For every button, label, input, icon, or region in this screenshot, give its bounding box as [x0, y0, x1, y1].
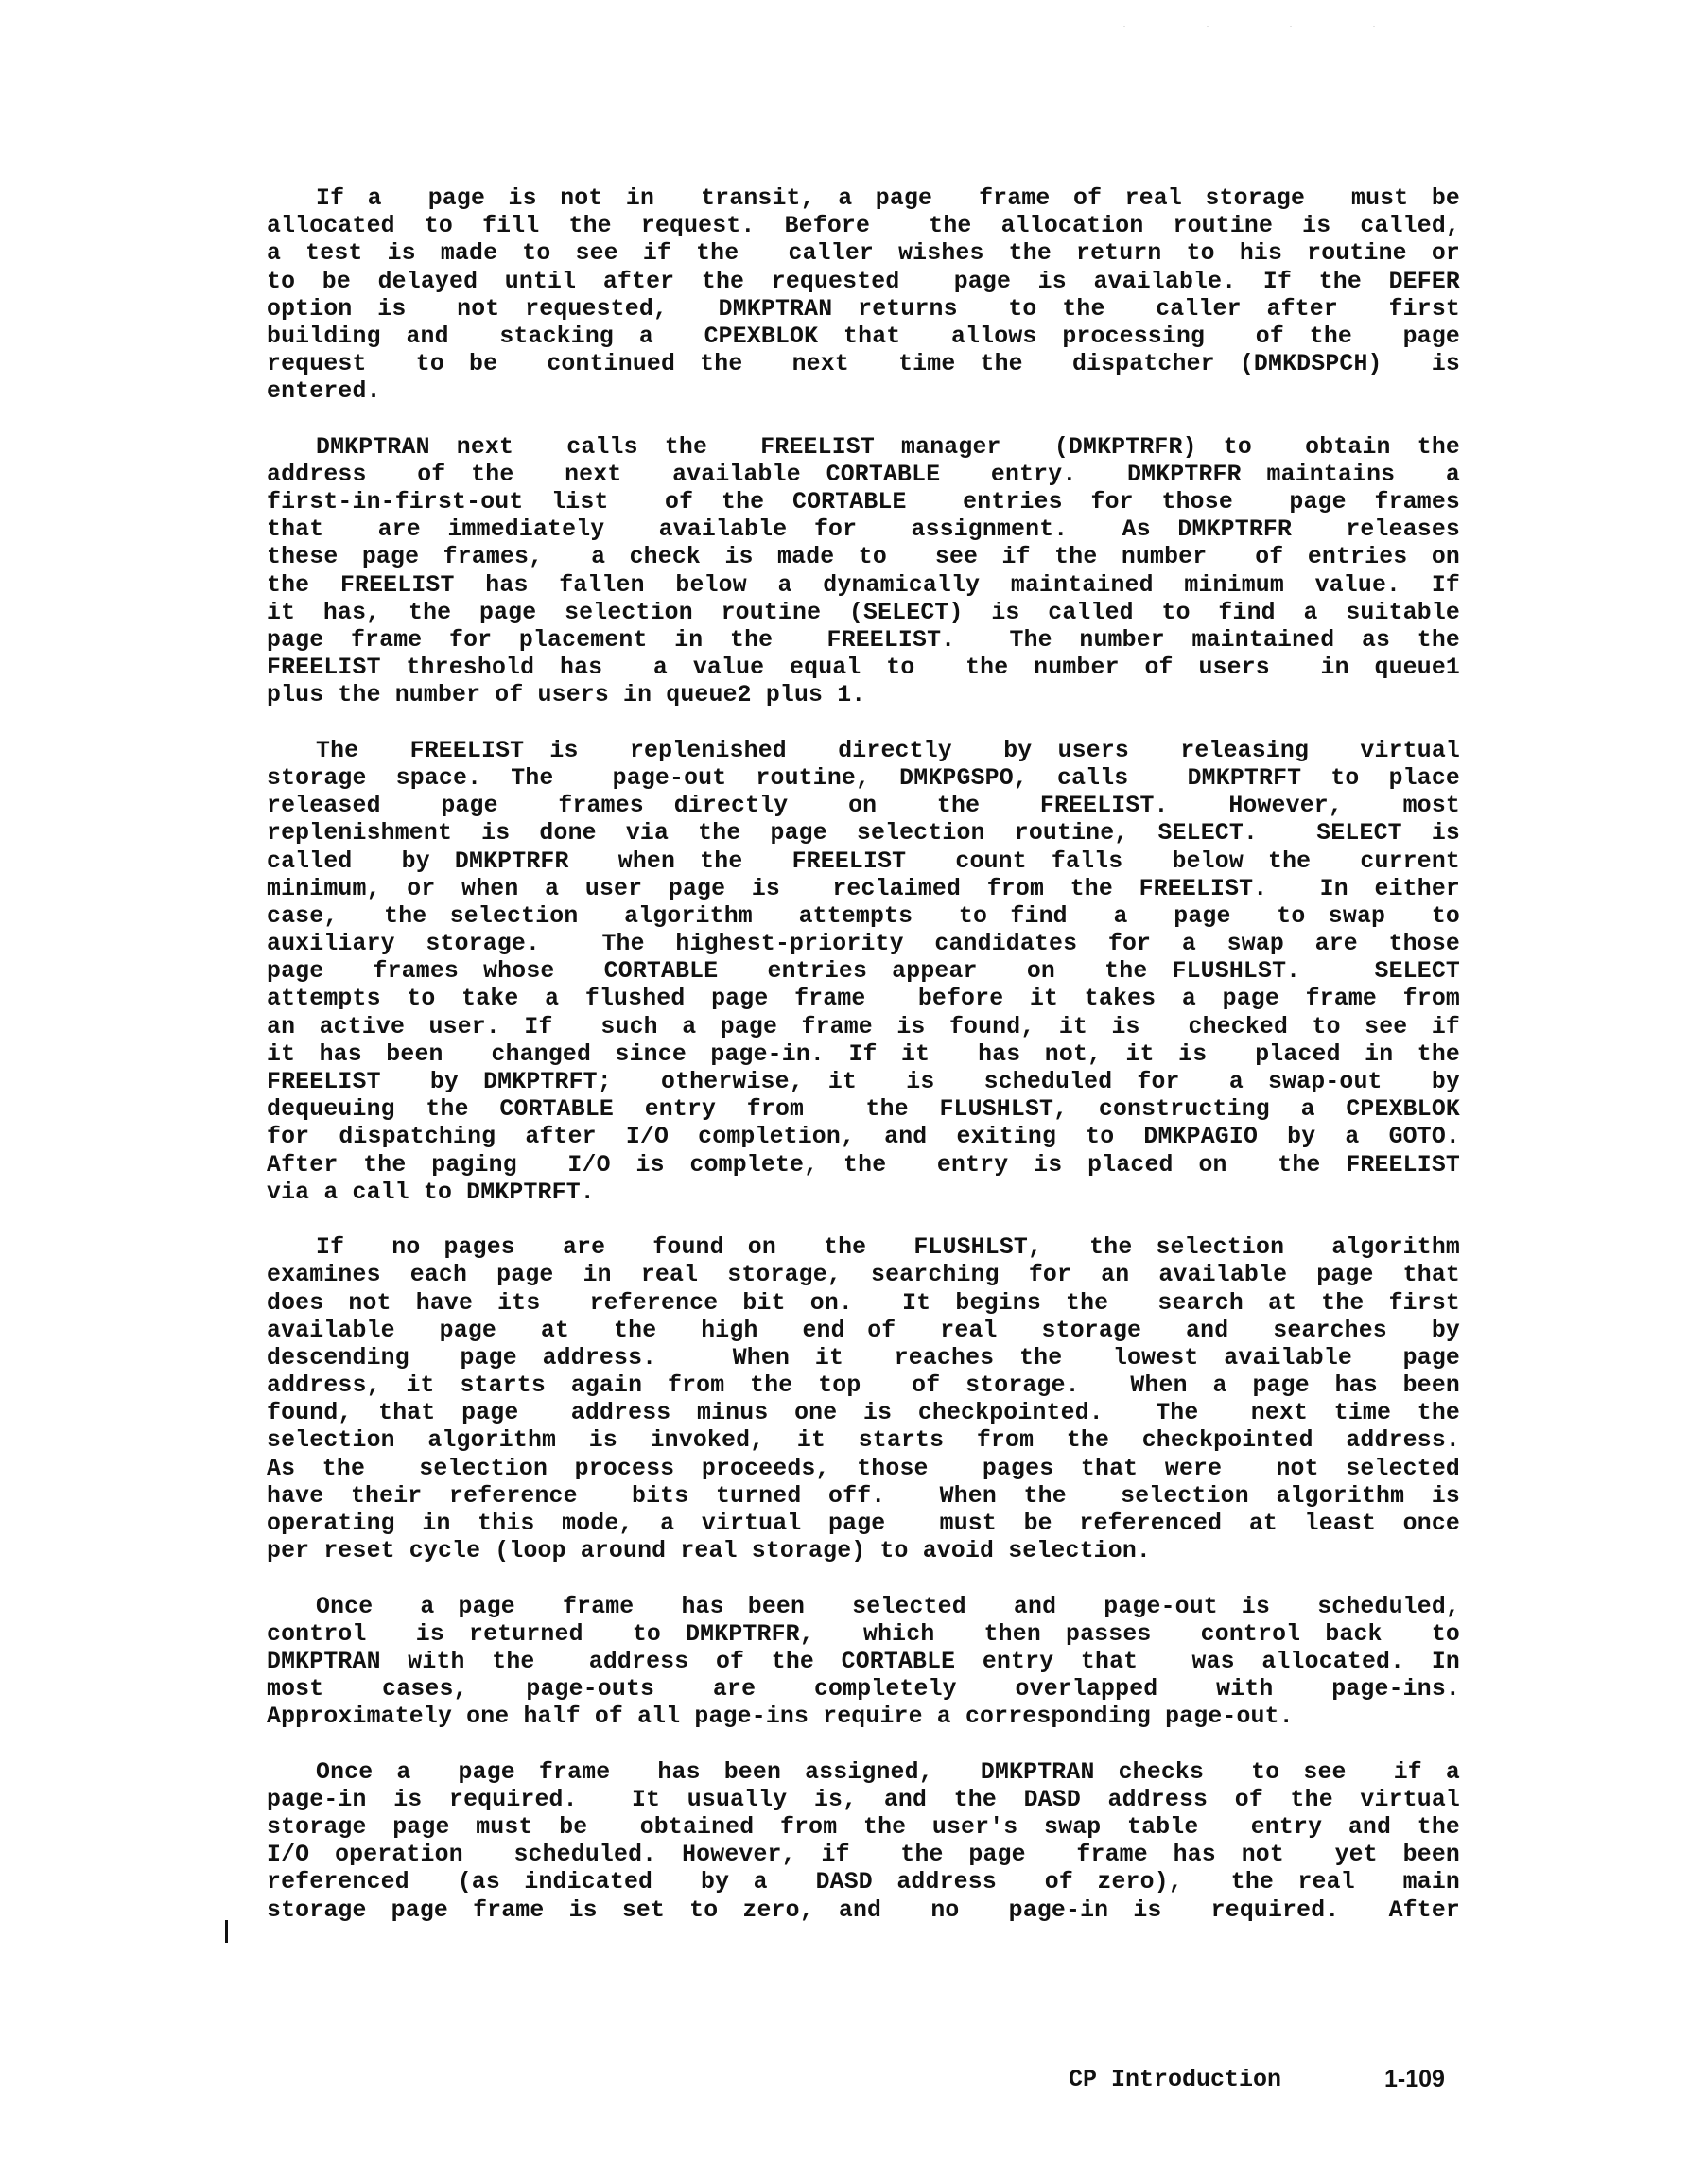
text-line: it has, the page selection routine (SELE…: [267, 600, 1460, 627]
text-line: an active user. If such a page frame is …: [267, 1014, 1460, 1041]
text-line: replenishment is done via the page selec…: [267, 820, 1460, 847]
text-line: If no pages are found on the FLUSHLST, t…: [267, 1234, 1460, 1262]
text-line: After the paging I/O is complete, the en…: [267, 1152, 1460, 1179]
text-line: have their reference bits turned off. Wh…: [267, 1483, 1460, 1511]
text-line: DMKPTRAN next calls the FREELIST manager…: [267, 434, 1460, 462]
text-line: page frames whose CORTABLE entries appea…: [267, 958, 1460, 986]
text-line: it has been changed since page-in. If it…: [267, 1041, 1460, 1069]
text-line: referenced (as indicated by a DASD addre…: [267, 1869, 1460, 1896]
text-line: entered.: [267, 378, 1460, 406]
text-line: called by DMKPTRFR when the FREELIST cou…: [267, 848, 1460, 876]
revision-bar: [225, 1920, 228, 1943]
text-line: descending page address. When it reaches…: [267, 1345, 1460, 1372]
paragraph-page-frame-assigned: Once a page frame has been assigned, DMK…: [267, 1759, 1460, 1925]
text-line: storage page must be obtained from the u…: [267, 1814, 1460, 1842]
text-line: attempts to take a flushed page frame be…: [267, 986, 1460, 1013]
text-line: request to be continued the next time th…: [267, 351, 1460, 378]
paragraph-freelist-manager: DMKPTRAN next calls the FREELIST manager…: [267, 434, 1460, 710]
text-line: available page at the high end of real s…: [267, 1318, 1460, 1345]
text-line: option is not requested, DMKPTRAN return…: [267, 296, 1460, 323]
text-line: via a call to DMKPTRFT.: [267, 1179, 1460, 1207]
text-line: found, that page address minus one is ch…: [267, 1400, 1460, 1427]
text-line: page frame for placement in the FREELIST…: [267, 627, 1460, 655]
text-line: dequeuing the CORTABLE entry from the FL…: [267, 1096, 1460, 1124]
page-number: 1-109: [1384, 2066, 1445, 2093]
text-line: per reset cycle (loop around real storag…: [267, 1538, 1460, 1565]
text-line: storage space. The page-out routine, DMK…: [267, 765, 1460, 793]
paragraph-selection-algorithm: If no pages are found on the FLUSHLST, t…: [267, 1234, 1460, 1565]
paragraph-page-not-in-transit: If a page is not in transit, a page fram…: [267, 185, 1460, 407]
text-line: that are immediately available for assig…: [267, 516, 1460, 544]
text-line: to be delayed until after the requested …: [267, 269, 1460, 296]
text-line: auxiliary storage. The highest-priority …: [267, 931, 1460, 958]
text-line: first-in-first-out list of the CORTABLE …: [267, 489, 1460, 516]
document-page: · · · · If a page is not in transit, a p…: [0, 0, 1687, 2184]
text-line: building and stacking a CPEXBLOK that al…: [267, 323, 1460, 351]
text-line: minimum, or when a user page is reclaime…: [267, 876, 1460, 903]
paragraph-freelist-replenishment: The FREELIST is replenished directly by …: [267, 738, 1460, 1207]
paragraph-page-out-scheduled: Once a page frame has been selected and …: [267, 1594, 1460, 1732]
text-line: FREELIST by DMKPTRFT; otherwise, it is s…: [267, 1069, 1460, 1096]
text-line: operating in this mode, a virtual page m…: [267, 1511, 1460, 1538]
footer-section-title: CP Introduction: [1069, 2066, 1281, 2093]
text-line: for dispatching after I/O completion, an…: [267, 1124, 1460, 1151]
text-line: Once a page frame has been selected and …: [267, 1594, 1460, 1621]
text-line: allocated to fill the request. Before th…: [267, 213, 1460, 240]
text-line: plus the number of users in queue2 plus …: [267, 682, 1460, 709]
text-line: storage page frame is set to zero, and n…: [267, 1897, 1460, 1925]
body-text: If a page is not in transit, a page fram…: [267, 185, 1460, 1952]
text-line: As the selection process proceeds, those…: [267, 1456, 1460, 1483]
text-line: page-in is required. It usually is, and …: [267, 1787, 1460, 1814]
text-line: Approximately one half of all page-ins r…: [267, 1704, 1460, 1731]
text-line: address of the next available CORTABLE e…: [267, 462, 1460, 489]
text-line: a test is made to see if the caller wish…: [267, 240, 1460, 268]
text-line: selection algorithm is invoked, it start…: [267, 1427, 1460, 1455]
text-line: FREELIST threshold has a value equal to …: [267, 655, 1460, 682]
text-line: most cases, page-outs are completely ove…: [267, 1676, 1460, 1704]
text-line: control is returned to DMKPTRFR, which t…: [267, 1621, 1460, 1649]
text-line: If a page is not in transit, a page fram…: [267, 185, 1460, 213]
text-line: case, the selection algorithm attempts t…: [267, 903, 1460, 931]
text-line: I/O operation scheduled. However, if the…: [267, 1842, 1460, 1869]
text-line: the FREELIST has fallen below a dynamica…: [267, 572, 1460, 600]
page-footer: CP Introduction 1-109: [1069, 2066, 1125, 2175]
text-line: address, it starts again from the top of…: [267, 1372, 1460, 1400]
text-line: examines each page in real storage, sear…: [267, 1262, 1460, 1289]
text-line: The FREELIST is replenished directly by …: [267, 738, 1460, 765]
scan-specks: · · · ·: [1122, 23, 1413, 33]
text-line: Once a page frame has been assigned, DMK…: [267, 1759, 1460, 1787]
text-line: does not have its reference bit on. It b…: [267, 1290, 1460, 1318]
text-line: released page frames directly on the FRE…: [267, 793, 1460, 820]
text-line: these page frames, a check is made to se…: [267, 544, 1460, 571]
text-line: DMKPTRAN with the address of the CORTABL…: [267, 1649, 1460, 1676]
